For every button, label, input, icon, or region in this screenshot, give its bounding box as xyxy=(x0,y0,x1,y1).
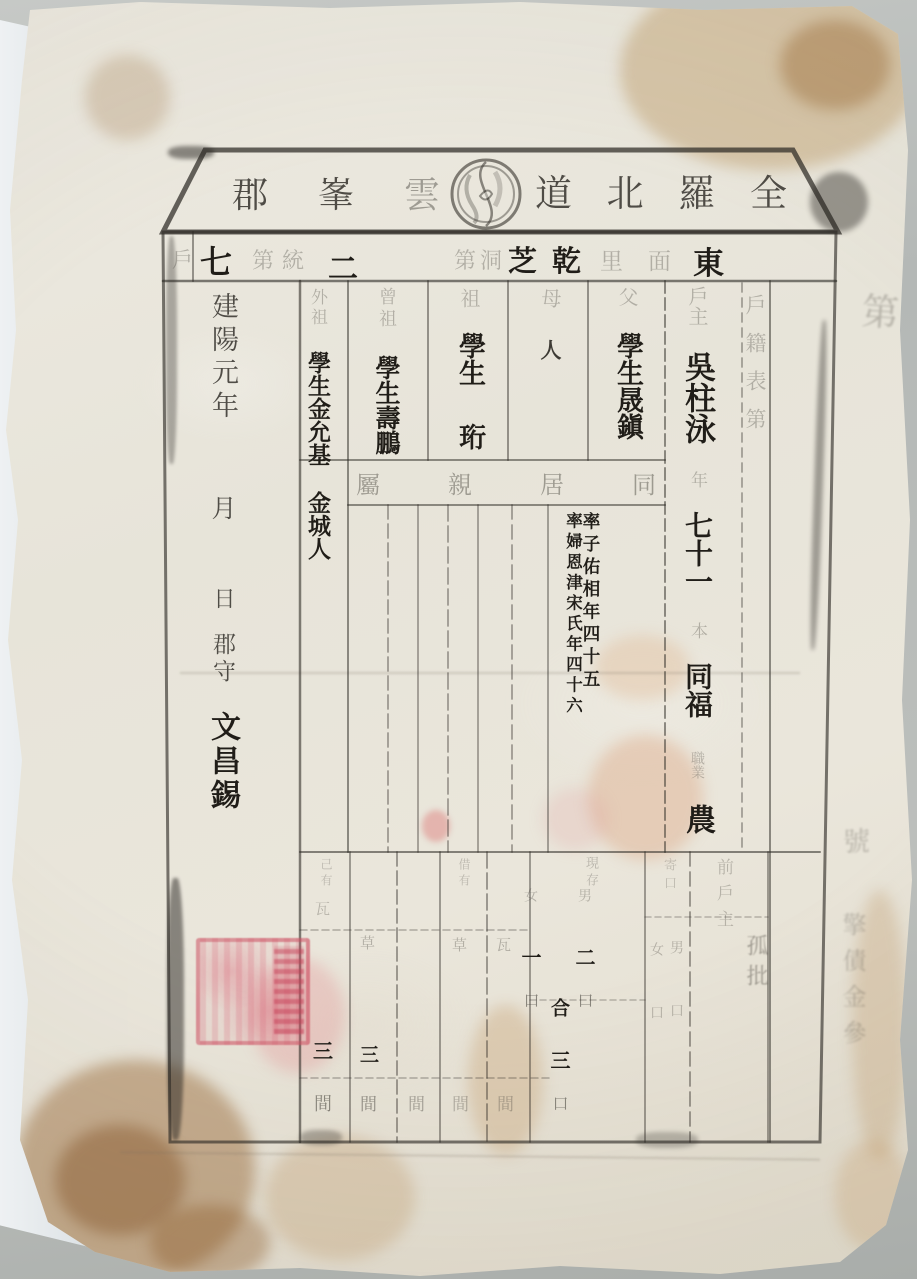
bleedthrough-text: 擎債金參 xyxy=(840,912,864,1056)
bleedthrough-number-mark: 第 xyxy=(860,281,901,337)
register-title-column: 戶籍表第 xyxy=(744,294,765,446)
house-unit-label: 間 xyxy=(497,1090,514,1115)
mother-label: 母 xyxy=(538,288,562,308)
population-total-count: 三 xyxy=(547,1050,571,1070)
householder-column: 戶主 吳柱泳 年 七十一 本 同福 職業 農 xyxy=(681,286,712,846)
grandfather-column: 祖 學生 珩 xyxy=(456,288,483,450)
county-char: 峯 xyxy=(318,167,354,225)
maternal-grandfather-name: 學生金允基 xyxy=(304,351,331,466)
official-title: 郡守 xyxy=(209,632,235,686)
lodgers-male-label: 男 xyxy=(668,940,684,954)
grandfather-name: 學生 xyxy=(454,332,485,386)
ink-blotch xyxy=(167,878,184,1140)
grandfather-label: 祖 xyxy=(457,288,481,308)
magistrate-seal-stamp xyxy=(196,938,310,1045)
population-female-count: 一 xyxy=(518,947,542,967)
population-counter: 口 xyxy=(550,1095,569,1111)
householder-label: 戶主 xyxy=(685,286,709,326)
address-dong-label: 洞 xyxy=(480,244,502,275)
house-unit-label: 間 xyxy=(452,1090,469,1115)
address-ho-number: 七 xyxy=(200,237,232,283)
province-char: 道 xyxy=(535,163,572,221)
lodgers-female-label: 女 xyxy=(648,942,664,956)
previous-householder-label: 前戶主 xyxy=(714,858,731,936)
county-title: 雲 峯 郡 xyxy=(232,167,440,225)
population-female-line: 女 一 口 xyxy=(520,888,540,1008)
house-unit-label: 間 xyxy=(360,1090,377,1115)
county-seal-icon xyxy=(452,160,520,228)
house-thatch-label: 草 xyxy=(360,932,375,953)
address-je-label: 第 xyxy=(454,244,476,275)
cohabiting-header-char: 居 xyxy=(540,465,564,503)
father-label: 父 xyxy=(615,287,639,307)
householder-age: 七十一 xyxy=(681,511,714,595)
house-unit-label: 間 xyxy=(314,1090,332,1116)
population-counter: 口 xyxy=(521,992,540,1008)
official-signature: 文昌錫 xyxy=(205,711,240,813)
address-ho-label: 戶 xyxy=(172,244,193,274)
grandfather-name: 珩 xyxy=(454,423,485,450)
issuance-column: 建陽元年 月 日 郡守 文昌錫 xyxy=(207,292,237,852)
maternal-grandfather-column: 外祖 學生金允基 金城人 xyxy=(306,288,329,560)
householder-occupation: 農 xyxy=(680,804,715,834)
mother-column: 母 人 xyxy=(540,288,561,360)
house-kan-count: 三 xyxy=(360,1040,379,1067)
lodgers-counter: 口 xyxy=(648,1005,664,1019)
address-ri-label: 里 xyxy=(600,243,623,276)
address-village: 乾 xyxy=(552,239,581,280)
era-year: 建陽元年 xyxy=(207,292,238,424)
cohabiting-header-char: 同 xyxy=(632,465,656,503)
population-male-line: 男 二 口 xyxy=(574,888,594,1008)
house-unit-label: 間 xyxy=(408,1090,425,1115)
seal-script-marks xyxy=(274,946,304,1034)
ink-blotch xyxy=(636,1132,698,1148)
population-female-label: 女 xyxy=(522,888,538,902)
maternal-grandfather-origin: 金城人 xyxy=(304,491,331,560)
house-owned-label: 己有 xyxy=(320,858,332,890)
maternal-grandfather-label: 外祖 xyxy=(307,288,327,328)
province-char: 北 xyxy=(607,163,644,221)
father-name: 學生晟鎭 xyxy=(612,332,643,440)
house-kan-count: 三 xyxy=(313,1035,333,1064)
householder-name: 吳柱泳 xyxy=(679,351,715,444)
cohabiting-entries: 率子佑相年四十五 率婦恩津宋氏年四十六 xyxy=(556,512,598,772)
document-photo: 全 羅 北 道 雲 峯 郡 東 面 里 乾 芝 洞 第 二 統 第 七 戶 戶籍… xyxy=(0,0,917,1279)
lodgers-counter: 口 xyxy=(668,1003,684,1017)
mother-mark: 人 xyxy=(538,339,563,360)
address-village: 芝 xyxy=(508,239,537,280)
house-thatch-label: 草 xyxy=(452,934,467,955)
bleedthrough-marks: 孤批 xyxy=(744,934,766,994)
address-tong-number: 二 xyxy=(328,244,358,288)
householder-clan: 同福 xyxy=(681,662,714,718)
day-label: 日 xyxy=(210,587,235,609)
address-myeon-label: 面 xyxy=(648,243,671,276)
province-char: 羅 xyxy=(678,163,715,221)
clan-label: 本 xyxy=(687,622,707,639)
population-male-label: 男 xyxy=(576,888,592,902)
house-tile-label: 瓦 xyxy=(496,934,511,955)
province-char: 全 xyxy=(750,163,787,221)
ink-blotch xyxy=(168,146,214,159)
father-column: 父 學生晟鎭 xyxy=(614,287,641,440)
house-borrowed-label: 借有 xyxy=(458,858,470,890)
great-grandfather-name: 學生壽鵬 xyxy=(372,355,401,455)
lodgers-female-line: 女 口 xyxy=(648,942,664,1019)
house-tile-label: 瓦 xyxy=(315,898,330,919)
age-label: 年 xyxy=(687,471,707,488)
cohabiting-entry-daughter-in-law: 率婦恩津宋氏年四十六 xyxy=(564,512,581,772)
bleedthrough-number-mark: 號 xyxy=(843,820,870,859)
county-char: 雲 xyxy=(404,167,440,225)
population-section-label: 現存 xyxy=(584,856,597,890)
ink-blotch xyxy=(300,1130,342,1145)
cohabiting-header-char: 屬 xyxy=(356,465,380,503)
address-tong-label: 統 xyxy=(282,244,304,275)
population-total-label: 合 xyxy=(548,998,570,1017)
ink-blotch xyxy=(810,172,868,232)
address-east: 東 xyxy=(693,238,724,283)
cohabiting-header-char: 親 xyxy=(448,465,472,503)
lodgers-male-line: 男 口 xyxy=(668,940,684,1017)
population-male-count: 二 xyxy=(572,947,596,967)
county-char: 郡 xyxy=(232,167,268,225)
paper-sheet: 全 羅 北 道 雲 峯 郡 東 面 里 乾 芝 洞 第 二 統 第 七 戶 戶籍… xyxy=(0,0,917,1279)
population-total-line: 合 三 口 xyxy=(549,998,569,1111)
lodgers-label: 寄口 xyxy=(662,858,675,894)
province-title: 全 羅 北 道 xyxy=(535,163,787,221)
great-grandfather-column: 曾祖 學生壽鵬 xyxy=(374,287,399,455)
cohabiting-header: 同 居 親 屬 xyxy=(356,465,656,503)
month-label: 月 xyxy=(208,495,237,520)
great-grandfather-label: 曾祖 xyxy=(376,287,397,331)
cohabiting-entry-son: 率子佑相年四十五 xyxy=(581,512,599,772)
address-je-label: 第 xyxy=(252,244,274,275)
population-counter: 口 xyxy=(575,992,594,1008)
occupation-label: 職業 xyxy=(689,751,705,779)
